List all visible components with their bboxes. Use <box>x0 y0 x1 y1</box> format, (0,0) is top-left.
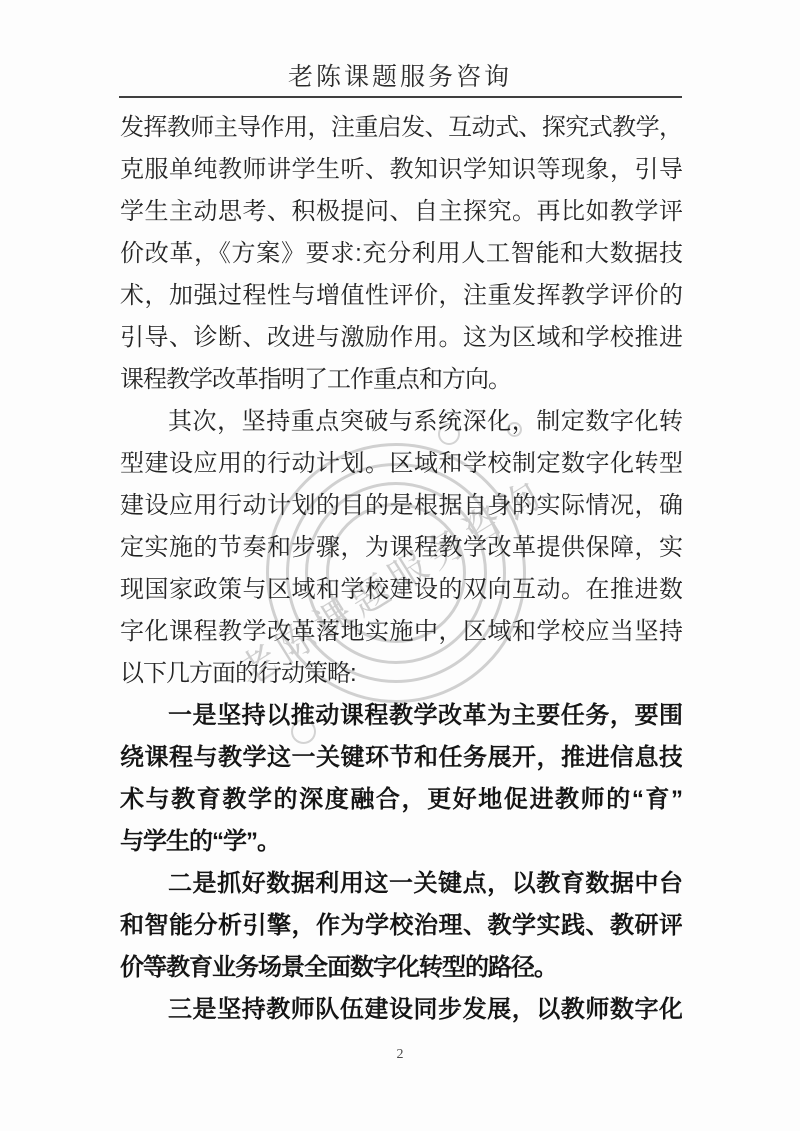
text-line: 和智能分析引擎，作为学校治理、教学实践、教研评 <box>120 905 682 947</box>
text-line: 二是抓好数据利用这一关键点，以教育数据中台 <box>120 863 682 905</box>
text-line: 以下几方面的行动策略: <box>120 653 682 695</box>
page-header-title: 老陈课题服务咨询 <box>0 57 800 93</box>
text-line: 其次，坚持重点突破与系统深化，制定数字化转 <box>120 401 682 443</box>
text-line: 字化课程教学改革落地实施中，区域和学校应当坚持 <box>120 611 682 653</box>
text-line: 价等教育业务场景全面数字化转型的路径。 <box>120 947 682 989</box>
text-line: 术，加强过程性与增值性评价，注重发挥教学评价的 <box>120 275 682 317</box>
text-line: 价改革，《方案》要求:充分利用人工智能和大数据技 <box>120 233 682 275</box>
text-line: 术与教育教学的深度融合，更好地促进教师的“育” <box>120 779 682 821</box>
paragraph: 一是坚持以推动课程教学改革为主要任务，要围绕课程与教学这一关键环节和任务展开，推… <box>120 695 682 863</box>
text-line: 现国家政策与区域和学校建设的双向互动。在推进数 <box>120 569 682 611</box>
text-line: 绕课程与教学这一关键环节和任务展开，推进信息技 <box>120 737 682 779</box>
paragraph: 其次，坚持重点突破与系统深化，制定数字化转型建设应用的行动计划。区域和学校制定数… <box>120 401 682 695</box>
text-line: 发挥教师主导作用，注重启发、互动式、探究式教学， <box>120 107 682 149</box>
text-line: 型建设应用的行动计划。区域和学校制定数字化转型 <box>120 443 682 485</box>
paragraph: 发挥教师主导作用，注重启发、互动式、探究式教学，克服单纯教师讲学生听、教知识学知… <box>120 107 682 401</box>
text-line: 克服单纯教师讲学生听、教知识学知识等现象，引导 <box>120 149 682 191</box>
text-line: 建设应用行动计划的目的是根据自身的实际情况，确 <box>120 485 682 527</box>
text-line: 学生主动思考、积极提问、自主探究。再比如教学评 <box>120 191 682 233</box>
text-line: 引导、诊断、改进与激励作用。这为区域和学校推进 <box>120 317 682 359</box>
text-line: 三是坚持教师队伍建设同步发展，以教师数字化 <box>120 989 682 1031</box>
text-line: 定实施的节奏和步骤，为课程教学改革提供保障，实 <box>120 527 682 569</box>
text-line: 与学生的“学”。 <box>120 821 682 863</box>
document-page: 老陈课题服务咨询 老陈课题服务咨询 发挥教师主导作用，注重启发、互动式、探究式教… <box>0 0 800 1131</box>
text-line: 课程教学改革指明了工作重点和方向。 <box>120 359 682 401</box>
text-line: 一是坚持以推动课程教学改革为主要任务，要围 <box>120 695 682 737</box>
paragraph: 二是抓好数据利用这一关键点，以教育数据中台和智能分析引擎，作为学校治理、教学实践… <box>120 863 682 989</box>
page-number: 2 <box>0 1047 800 1063</box>
paragraph: 三是坚持教师队伍建设同步发展，以教师数字化 <box>120 989 682 1031</box>
header-divider <box>119 96 682 98</box>
document-body: 发挥教师主导作用，注重启发、互动式、探究式教学，克服单纯教师讲学生听、教知识学知… <box>120 107 682 1031</box>
